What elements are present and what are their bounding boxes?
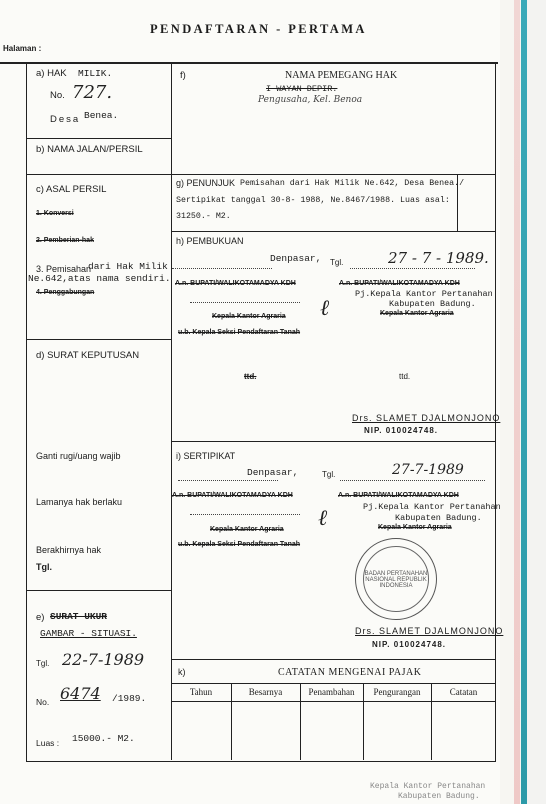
h-signature-scribble: ℓ xyxy=(320,295,329,321)
pemegang-hak-heading: NAMA PEMEGANG HAK xyxy=(285,70,397,81)
i-kepala-agraria-right: Kepala Kantor Agraria xyxy=(378,524,452,531)
pajak-column-divider xyxy=(300,683,301,760)
h-signatory-name: Drs. SLAMET DJALMONJONO xyxy=(352,413,500,423)
luas-label: Luas : xyxy=(36,738,59,748)
footer-bleed-1: Kepala Kantor Pertanahan xyxy=(370,782,485,791)
page-edge-pink xyxy=(514,0,520,804)
h-left-signature-line xyxy=(190,302,300,303)
asal-item-pemisahan-typed-1: dari Hak Milik xyxy=(88,261,168,272)
h-place-line xyxy=(172,268,272,269)
i-kepala-seksi: u.b. Kepala Seksi Pendaftaran Tanah xyxy=(178,541,300,548)
penunjuk-line1: Pemisahan dari Hak Milik Ne.642, Desa Be… xyxy=(240,179,464,188)
h-right-typed-2: Kabupaten Badung. xyxy=(389,299,476,309)
surat-keputusan-label: d) SURAT KEPUTUSAN xyxy=(36,350,139,361)
footer-bleed-2: Kabupaten Badung. xyxy=(398,792,480,801)
i-signature-scribble: ℓ xyxy=(318,505,327,531)
official-stamp: BADAN PERTANAHAN NASIONAL REPUBLIK INDON… xyxy=(355,538,437,620)
h-kepala-agraria-right: Kepala Kantor Agraria xyxy=(380,310,454,317)
divider-h-i xyxy=(171,441,496,442)
pemegang-hak-label: f) xyxy=(180,70,186,81)
pajak-heading: CATATAN MENGENAI PAJAK xyxy=(278,667,421,678)
asal-persil-label: c) ASAL PERSIL xyxy=(36,184,106,195)
desa-value: Benea. xyxy=(84,110,118,121)
hak-no-label: No. xyxy=(50,90,65,101)
i-place: Denpasar, xyxy=(247,467,298,478)
pajak-column-divider xyxy=(431,683,432,760)
pajak-column-header: Catatan xyxy=(431,687,496,697)
penunjuk-line2: Sertipikat tanggal 30-8- 1988, Ne.8467/1… xyxy=(176,196,450,205)
pajak-label: k) xyxy=(178,667,186,677)
h-left-official: A.n. BUPATI/WALIKOTAMADYA KDH xyxy=(175,280,296,287)
e-no-label: No. xyxy=(36,697,49,707)
i-place-line xyxy=(178,480,278,481)
i-tgl-label: Tgl. xyxy=(322,470,335,479)
h-date-line xyxy=(350,268,475,269)
pajak-column-divider xyxy=(231,683,232,760)
h-signatory-nip: NIP. 010024748. xyxy=(364,426,438,435)
h-date: 27 - 7 - 1989. xyxy=(388,249,489,267)
berakhirnya-tgl-label: Tgl. xyxy=(36,562,52,572)
document-title: PENDAFTARAN - PERTAMA xyxy=(150,22,367,37)
divider-k-head xyxy=(171,683,496,684)
divider-k-cols xyxy=(171,701,496,702)
h-right-typed-1: Pj.Kepala Kantor Pertanahan xyxy=(355,289,493,299)
i-right-official: A.n. BUPATI/WALIKOTAMADYA KDH xyxy=(338,492,459,499)
penunjuk-line3: 31250.- M2. xyxy=(176,212,231,221)
h-kepala-seksi: u.b. Kepala Seksi Pendaftaran Tanah xyxy=(178,329,300,336)
asal-item-penggabungan: 4. Penggabungan xyxy=(36,289,94,296)
surat-ukur-struck: SURAT UKUR xyxy=(50,611,107,622)
page-edge-grey xyxy=(527,0,546,804)
i-date: 27-7-1989 xyxy=(392,462,464,478)
pajak-column-header: Pengurangan xyxy=(363,687,431,697)
nama-jalan-label: b) NAMA JALAN/PERSIL xyxy=(36,144,143,155)
halaman-label: Halaman : xyxy=(3,44,41,53)
sertipikat-label: i) SERTIPIKAT xyxy=(176,451,235,461)
hak-label: a) HAK xyxy=(36,68,67,79)
i-left-signature-line xyxy=(190,514,300,515)
luas-value: 15000.- M2. xyxy=(72,733,135,744)
i-signatory-name: Drs. SLAMET DJALMONJONO xyxy=(355,626,503,636)
hak-no-value: 727. xyxy=(72,82,112,103)
asal-item-pemberian: 2. Pemberian-hak xyxy=(36,237,94,244)
h-place: Denpasar, xyxy=(270,253,321,264)
pajak-column-header: Penambahan xyxy=(300,687,363,697)
h-right-official: A.n. BUPATI/WALIKOTAMADYA KDH xyxy=(339,280,460,287)
i-date-line xyxy=(340,480,485,481)
divider-c-d xyxy=(26,339,171,340)
berakhirnya-hak-label: Berakhirnya hak xyxy=(36,545,101,555)
column-divider xyxy=(171,63,172,760)
penunjuk-label: g) PENUNJUK xyxy=(176,178,235,188)
divider-g-h xyxy=(171,231,496,232)
asal-item-pemisahan-typed-2: Ne.642,atas nama sendiri. xyxy=(28,273,171,284)
i-signatory-nip: NIP. 010024748. xyxy=(372,640,446,649)
pembukuan-label: h) PEMBUKUAN xyxy=(176,236,244,246)
h-ttd-left: ttd. xyxy=(244,372,256,381)
divider-a-b xyxy=(26,138,171,139)
h-tgl-label: Tgl. xyxy=(330,258,343,267)
pemegang-hak-handwritten: Pengusaha, Kel. Benoa xyxy=(258,95,362,105)
i-right-typed-1: Pj.Kepala Kantor Pertanahan xyxy=(363,502,501,512)
e-no-year: /1989. xyxy=(112,693,146,704)
gambar-situasi: GAMBAR - SITUASI. xyxy=(40,628,137,639)
i-kepala-agraria-left: Kepala Kantor Agraria xyxy=(210,526,284,533)
e-tgl-value: 22-7-1989 xyxy=(62,650,144,669)
pajak-column-header: Besarnya xyxy=(231,687,300,697)
desa-label: Desa xyxy=(50,114,80,125)
ganti-rugi-label: Ganti rugi/uang wajib xyxy=(36,451,121,461)
e-tgl-label: Tgl. xyxy=(36,659,49,668)
e-no-value: 6474 xyxy=(60,684,101,703)
hak-type: MILIK. xyxy=(78,68,112,79)
divider-i-k xyxy=(171,659,496,660)
pemegang-hak-struck-name: I WAYAN DEPIR. xyxy=(266,84,337,94)
surat-ukur-prefix: e) xyxy=(36,612,44,623)
i-left-official: A.n. BUPATI/WALIKOTAMADYA KDH xyxy=(172,492,293,499)
i-right-typed-2: Kabupaten Badung. xyxy=(395,513,482,523)
pajak-column-header: Tahun xyxy=(171,687,231,697)
pajak-column-divider xyxy=(363,683,364,760)
lamanya-hak-label: Lamanya hak berlaku xyxy=(36,497,122,507)
divider-d-e xyxy=(26,590,171,591)
stamp-text: BADAN PERTANAHAN NASIONAL REPUBLIK INDON… xyxy=(356,571,436,589)
divider-b-c xyxy=(26,174,496,175)
h-kepala-agraria-left: Kepala Kantor Agraria xyxy=(212,313,286,320)
asal-item-konversi: 1. Konversi xyxy=(36,210,74,217)
h-ttd-right: ttd. xyxy=(399,372,410,381)
